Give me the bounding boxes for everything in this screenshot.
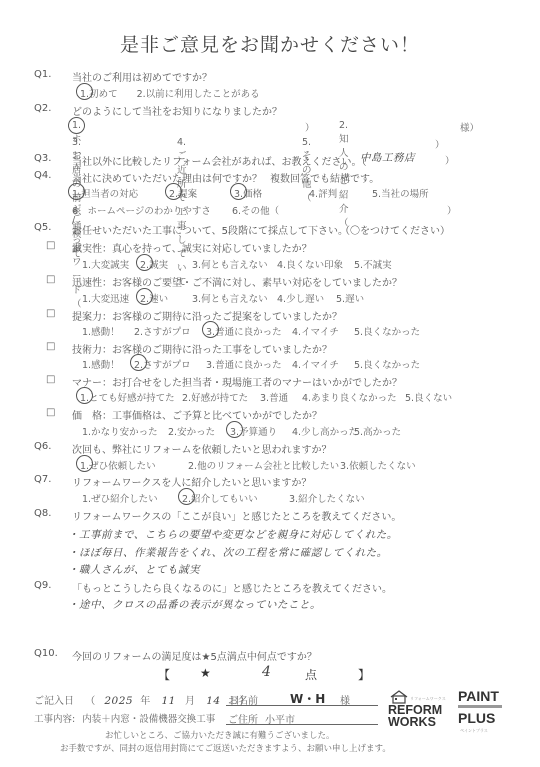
q5-manners-question: マナー：お打合せをした担当者・現場施工者のマナーはいかがでしたか？ bbox=[72, 374, 402, 389]
q3-question: 当社以外に比較したリフォーム会社があれば、お教えください。（ bbox=[72, 153, 367, 168]
thanks-line-1: お忙しいところ、ご協力いただき誠に有難うございました。 bbox=[105, 729, 335, 741]
q5-speed-opt-1[interactable]: 1.大変迅速 bbox=[82, 291, 129, 305]
q8-answer-3: ・職人さんが、とても誠実 bbox=[68, 562, 200, 577]
q5-proposal-opt-5[interactable]: 5.良くなかった bbox=[354, 324, 420, 338]
q8-answer-2: ・ほぼ毎日、作業報告をくれ、次の工程を常に確認してくれた。 bbox=[68, 545, 388, 560]
q2-paren-close-2: ） bbox=[435, 137, 445, 151]
q5-honesty-opt-2[interactable]: 2.誠実 bbox=[140, 257, 168, 271]
q1-option-1[interactable]: 1.初めて bbox=[80, 86, 118, 100]
q2-number: Q2. bbox=[34, 103, 51, 114]
work-content: 工事内容: 内装＋内窓・設備機器交換工事 bbox=[34, 711, 215, 725]
q5-skill-opt-1[interactable]: 1.感動！ bbox=[82, 357, 120, 371]
q5-price-question: 価 格：工事価格は、ご予算と比べていかがでしたか？ bbox=[72, 407, 322, 422]
q7-option-2[interactable]: 2.紹介してもいい bbox=[182, 491, 258, 505]
q3-number: Q3. bbox=[34, 153, 51, 164]
q4-question: 当社に決めていただいた理由は何ですか？ bbox=[72, 170, 262, 185]
q7-option-1[interactable]: 1.ぜひ紹介したい bbox=[82, 491, 158, 505]
q7-question: リフォームワークスを人に紹介したいと思いますか？ bbox=[72, 474, 311, 489]
q5-speed-opt-4[interactable]: 4.少し遅い bbox=[277, 291, 324, 305]
q5-speed-opt-2[interactable]: 2.速い bbox=[140, 291, 168, 305]
bracket-close: 】 bbox=[358, 666, 370, 683]
q5-checkbox-honesty[interactable]: □ bbox=[46, 240, 55, 251]
q4-paren-close: ） bbox=[447, 203, 457, 217]
q4-option-6[interactable]: 6、ホームページのわかりやすさ bbox=[72, 203, 211, 217]
q10-number: Q10. bbox=[34, 648, 58, 659]
star-icon: ★ bbox=[200, 666, 211, 680]
paint-kana: ペイントプラス bbox=[460, 728, 488, 734]
q6-option-1[interactable]: 1.ぜひ依頼したい bbox=[80, 458, 156, 472]
q5-proposal-opt-3[interactable]: 3.普通に良かった bbox=[206, 324, 282, 338]
paint-text: PAINT bbox=[458, 688, 502, 704]
q5-checkbox-manners[interactable]: □ bbox=[46, 374, 55, 385]
q5-proposal-opt-1[interactable]: 1.感動！ bbox=[82, 324, 120, 338]
q5-question: お任せいただいた工事について、5段階にて採点して下さい。 bbox=[72, 222, 348, 237]
q4-option-3[interactable]: 3.価格 bbox=[234, 186, 262, 200]
date-year[interactable]: 2025 bbox=[104, 695, 133, 707]
q5-manners-opt-2[interactable]: 2.好感が持てた bbox=[182, 390, 248, 404]
q8-question: リフォームワークスの「ここが良い」と感じたところを教えてください。 bbox=[72, 508, 401, 523]
q5-speed-opt-3[interactable]: 3.何とも言えない bbox=[192, 291, 268, 305]
q5-honesty-opt-4[interactable]: 4.良くない印象 bbox=[277, 257, 343, 271]
thanks-line-2: お手数ですが、同封の返信用封筒にてご返送いただきますよう、お願い申し上げます。 bbox=[60, 742, 391, 754]
q3-paren-close: ） bbox=[445, 153, 455, 167]
q4-option-2[interactable]: 2.提案 bbox=[169, 186, 197, 200]
bracket-open: 【 bbox=[158, 666, 170, 683]
q9-answer-1: ・途中、クロスの品番の表示が異なっていたこと。 bbox=[68, 597, 321, 612]
q1-question: 当社のご利用は初めてですか？ bbox=[72, 69, 212, 84]
q1-options: 1.初めて 2.以前に利用したことがある bbox=[80, 86, 276, 100]
q5-proposal-opt-2[interactable]: 2.さすがプロ bbox=[134, 324, 191, 338]
plus-text: PLUS bbox=[458, 710, 502, 726]
date-open: （ bbox=[85, 696, 95, 707]
q5-speed-question: 迅速性：お客様のご要望・ご不満に対し、素早い対応をしていましたか？ bbox=[72, 274, 402, 289]
q5-checkbox-price[interactable]: □ bbox=[46, 407, 55, 418]
works-text: WORKS bbox=[388, 716, 442, 728]
q5-checkbox-proposal[interactable]: □ bbox=[46, 308, 55, 319]
q5-note: （〇をつけてください） bbox=[340, 222, 450, 237]
reform-works-logo: リフォームワークス REFORM WORKS bbox=[388, 690, 460, 730]
q5-manners-opt-4[interactable]: 4.あまり良くなかった bbox=[302, 390, 397, 404]
q5-checkbox-skill[interactable]: □ bbox=[46, 341, 55, 352]
q5-skill-opt-4[interactable]: 4.イマイチ bbox=[292, 357, 339, 371]
month-unit: 月 bbox=[185, 696, 195, 707]
q10-unit: 点 bbox=[305, 666, 317, 683]
q5-price-opt-3[interactable]: 3.予算通り bbox=[230, 424, 277, 438]
q4-number: Q4. bbox=[34, 170, 51, 181]
paint-plus-logo: PAINT PLUS ペイントプラス bbox=[458, 688, 518, 734]
reform-kana: リフォームワークス bbox=[410, 696, 446, 702]
q4-option-other[interactable]: 6.その他（ bbox=[232, 203, 279, 217]
q4-note: 複数回答でも結構です。 bbox=[270, 170, 379, 185]
q5-price-opt-1[interactable]: 1.かなり安かった bbox=[82, 424, 158, 438]
q6-number: Q6. bbox=[34, 441, 51, 452]
q8-number: Q8. bbox=[34, 508, 51, 519]
q5-manners-opt-1[interactable]: 1.とても好感が持てた bbox=[80, 390, 175, 404]
q6-question: 次回も、弊社にリフォームを依頼したいと思われますか？ bbox=[72, 441, 332, 456]
q2-question: どのようにして当社をお知りになりましたか？ bbox=[72, 103, 282, 118]
work-value: 内装＋内窓・設備機器交換工事 bbox=[82, 714, 215, 725]
date-label: ご記入日 bbox=[34, 696, 74, 707]
q5-skill-opt-2[interactable]: 2.さすがプロ bbox=[134, 357, 191, 371]
work-label: 工事内容: bbox=[34, 714, 75, 725]
q8-answer-1: ・工事前まで、こちらの要望や変更などを親身に対応してくれた。 bbox=[68, 527, 398, 542]
q5-skill-question: 技術力：お客様のご期待に沿った工事をしていましたか？ bbox=[72, 341, 332, 356]
q2-sama: 様） bbox=[460, 120, 479, 134]
date-month[interactable]: 11 bbox=[161, 695, 175, 707]
q5-honesty-opt-3[interactable]: 3.何とも言えない bbox=[192, 257, 268, 271]
q3-answer: 中島工務店 bbox=[360, 150, 415, 165]
q5-manners-opt-5[interactable]: 5.良くない bbox=[405, 390, 452, 404]
q5-speed-opt-5[interactable]: 5.遅い bbox=[336, 291, 364, 305]
paint-stripe bbox=[458, 705, 502, 708]
q10-score[interactable]: 4 bbox=[262, 664, 271, 680]
entry-date: ご記入日 （ 2025 年 11 月 14 日） bbox=[34, 692, 250, 707]
q1-option-2[interactable]: 2.以前に利用したことがある bbox=[137, 86, 260, 100]
q5-price-opt-2[interactable]: 2.安かった bbox=[168, 424, 215, 438]
q10-question: 今回のリフォームの満足度は★5点満点中何点ですか？ bbox=[72, 648, 317, 663]
q5-checkbox-speed[interactable]: □ bbox=[46, 274, 55, 285]
q4-option-1[interactable]: 1.担当者の対応 bbox=[72, 186, 138, 200]
q5-skill-opt-3[interactable]: 3.普通に良かった bbox=[206, 357, 282, 371]
q5-honesty-question: 誠実性：真心を持って、誠実に対応していましたか？ bbox=[72, 240, 312, 255]
name-underline bbox=[226, 705, 378, 706]
q7-option-3[interactable]: 3.紹介したくない bbox=[289, 491, 365, 505]
q5-price-opt-4[interactable]: 4.少し高かった bbox=[292, 424, 358, 438]
q5-skill-opt-5[interactable]: 5.良くなかった bbox=[354, 357, 420, 371]
q5-manners-opt-3[interactable]: 3.普通 bbox=[260, 390, 288, 404]
date-day[interactable]: 14 bbox=[206, 695, 220, 707]
q6-option-3[interactable]: 3.依頼したくない bbox=[340, 458, 416, 472]
q4-option-4[interactable]: 4.評判 bbox=[309, 186, 337, 200]
year-unit: 年 bbox=[140, 696, 150, 707]
address-underline bbox=[226, 724, 378, 725]
q6-option-2[interactable]: 2.他のリフォーム会社と比較したい bbox=[188, 458, 339, 472]
q9-number: Q9. bbox=[34, 580, 51, 591]
paint-plus-wordmark: PAINT PLUS bbox=[458, 688, 502, 726]
page-title: 是非ご意見をお聞かせください！ bbox=[0, 30, 540, 57]
q5-price-opt-5[interactable]: 5.高かった bbox=[354, 424, 401, 438]
q5-number: Q5. bbox=[34, 222, 51, 233]
reform-works-wordmark: REFORM WORKS bbox=[388, 704, 442, 728]
q4-option-5[interactable]: 5.当社の場所 bbox=[372, 186, 429, 200]
q5-proposal-opt-4[interactable]: 4.イマイチ bbox=[292, 324, 339, 338]
q5-honesty-opt-5[interactable]: 5.不誠実 bbox=[354, 257, 392, 271]
q2-paren-close: ） bbox=[305, 120, 315, 134]
q1-number: Q1. bbox=[34, 69, 51, 80]
q5-honesty-opt-1[interactable]: 1.大変誠実 bbox=[82, 257, 129, 271]
q9-question: 「もっとこうしたら良くなるのに」と感じたところを教えてください。 bbox=[72, 580, 392, 595]
house-icon bbox=[390, 690, 408, 704]
q7-number: Q7. bbox=[34, 474, 51, 485]
